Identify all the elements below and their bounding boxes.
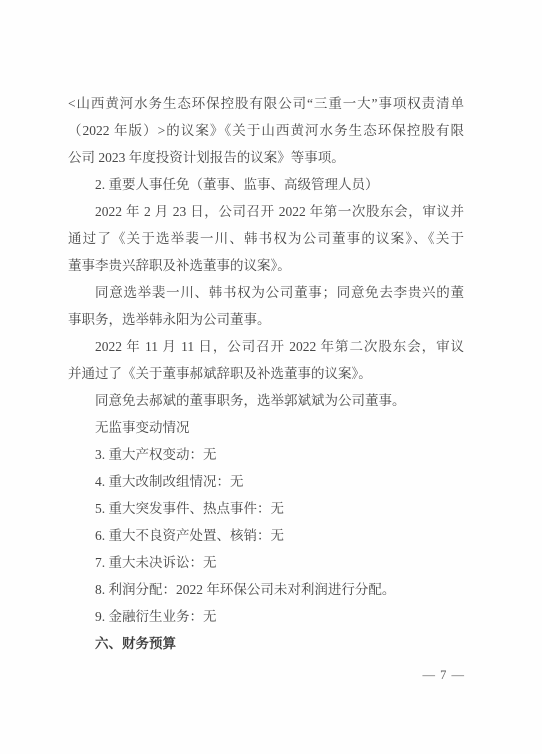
document-line: 7. 重大未决诉讼：无: [68, 549, 464, 576]
document-line: 同意免去郝斌的董事职务，选举郭斌斌为公司董事。: [68, 387, 464, 414]
document-line: 3. 重大产权变动：无: [68, 441, 464, 468]
document-line: 通过了《关于选举裴一川、韩书权为公司董事的议案》、《关于: [68, 225, 464, 252]
section-heading: 六、财务预算: [68, 630, 464, 657]
document-line: 4. 重大改制改组情况：无: [68, 468, 464, 495]
page-number: — 7 —: [423, 668, 466, 683]
document-line: 8. 利润分配：2022 年环保公司未对利润进行分配。: [68, 576, 464, 603]
document-line: 6. 重大不良资产处置、核销：无: [68, 522, 464, 549]
document-line: <山西黄河水务生态环保控股有限公司“三重一大”事项权责清单: [68, 90, 464, 117]
document-line: 事职务，选举韩永阳为公司董事。: [68, 306, 464, 333]
document-line: 无监事变动情况: [68, 414, 464, 441]
document-line: 同意选举裴一川、韩书权为公司董事；同意免去李贵兴的董: [68, 279, 464, 306]
document-line: 2022 年 11 月 11 日，公司召开 2022 年第二次股东会，审议: [68, 333, 464, 360]
document-line: 并通过了《关于董事郝斌辞职及补选董事的议案》。: [68, 360, 464, 387]
document-line: 9. 金融衍生业务：无: [68, 603, 464, 630]
document-line: 董事李贵兴辞职及补选董事的议案》。: [68, 252, 464, 279]
document-line: 公司 2023 年度投资计划报告的议案》等事项。: [68, 144, 464, 171]
document-body: <山西黄河水务生态环保控股有限公司“三重一大”事项权责清单（2022 年版）>的…: [68, 90, 464, 657]
document-line: 5. 重大突发事件、热点事件：无: [68, 495, 464, 522]
document-page: <山西黄河水务生态环保控股有限公司“三重一大”事项权责清单（2022 年版）>的…: [0, 0, 542, 754]
document-line: 2. 重要人事任免（董事、监事、高级管理人员）: [68, 171, 464, 198]
document-line: 2022 年 2 月 23 日，公司召开 2022 年第一次股东会，审议并: [68, 198, 464, 225]
document-line: （2022 年版）>的议案》《关于山西黄河水务生态环保控股有限: [68, 117, 464, 144]
